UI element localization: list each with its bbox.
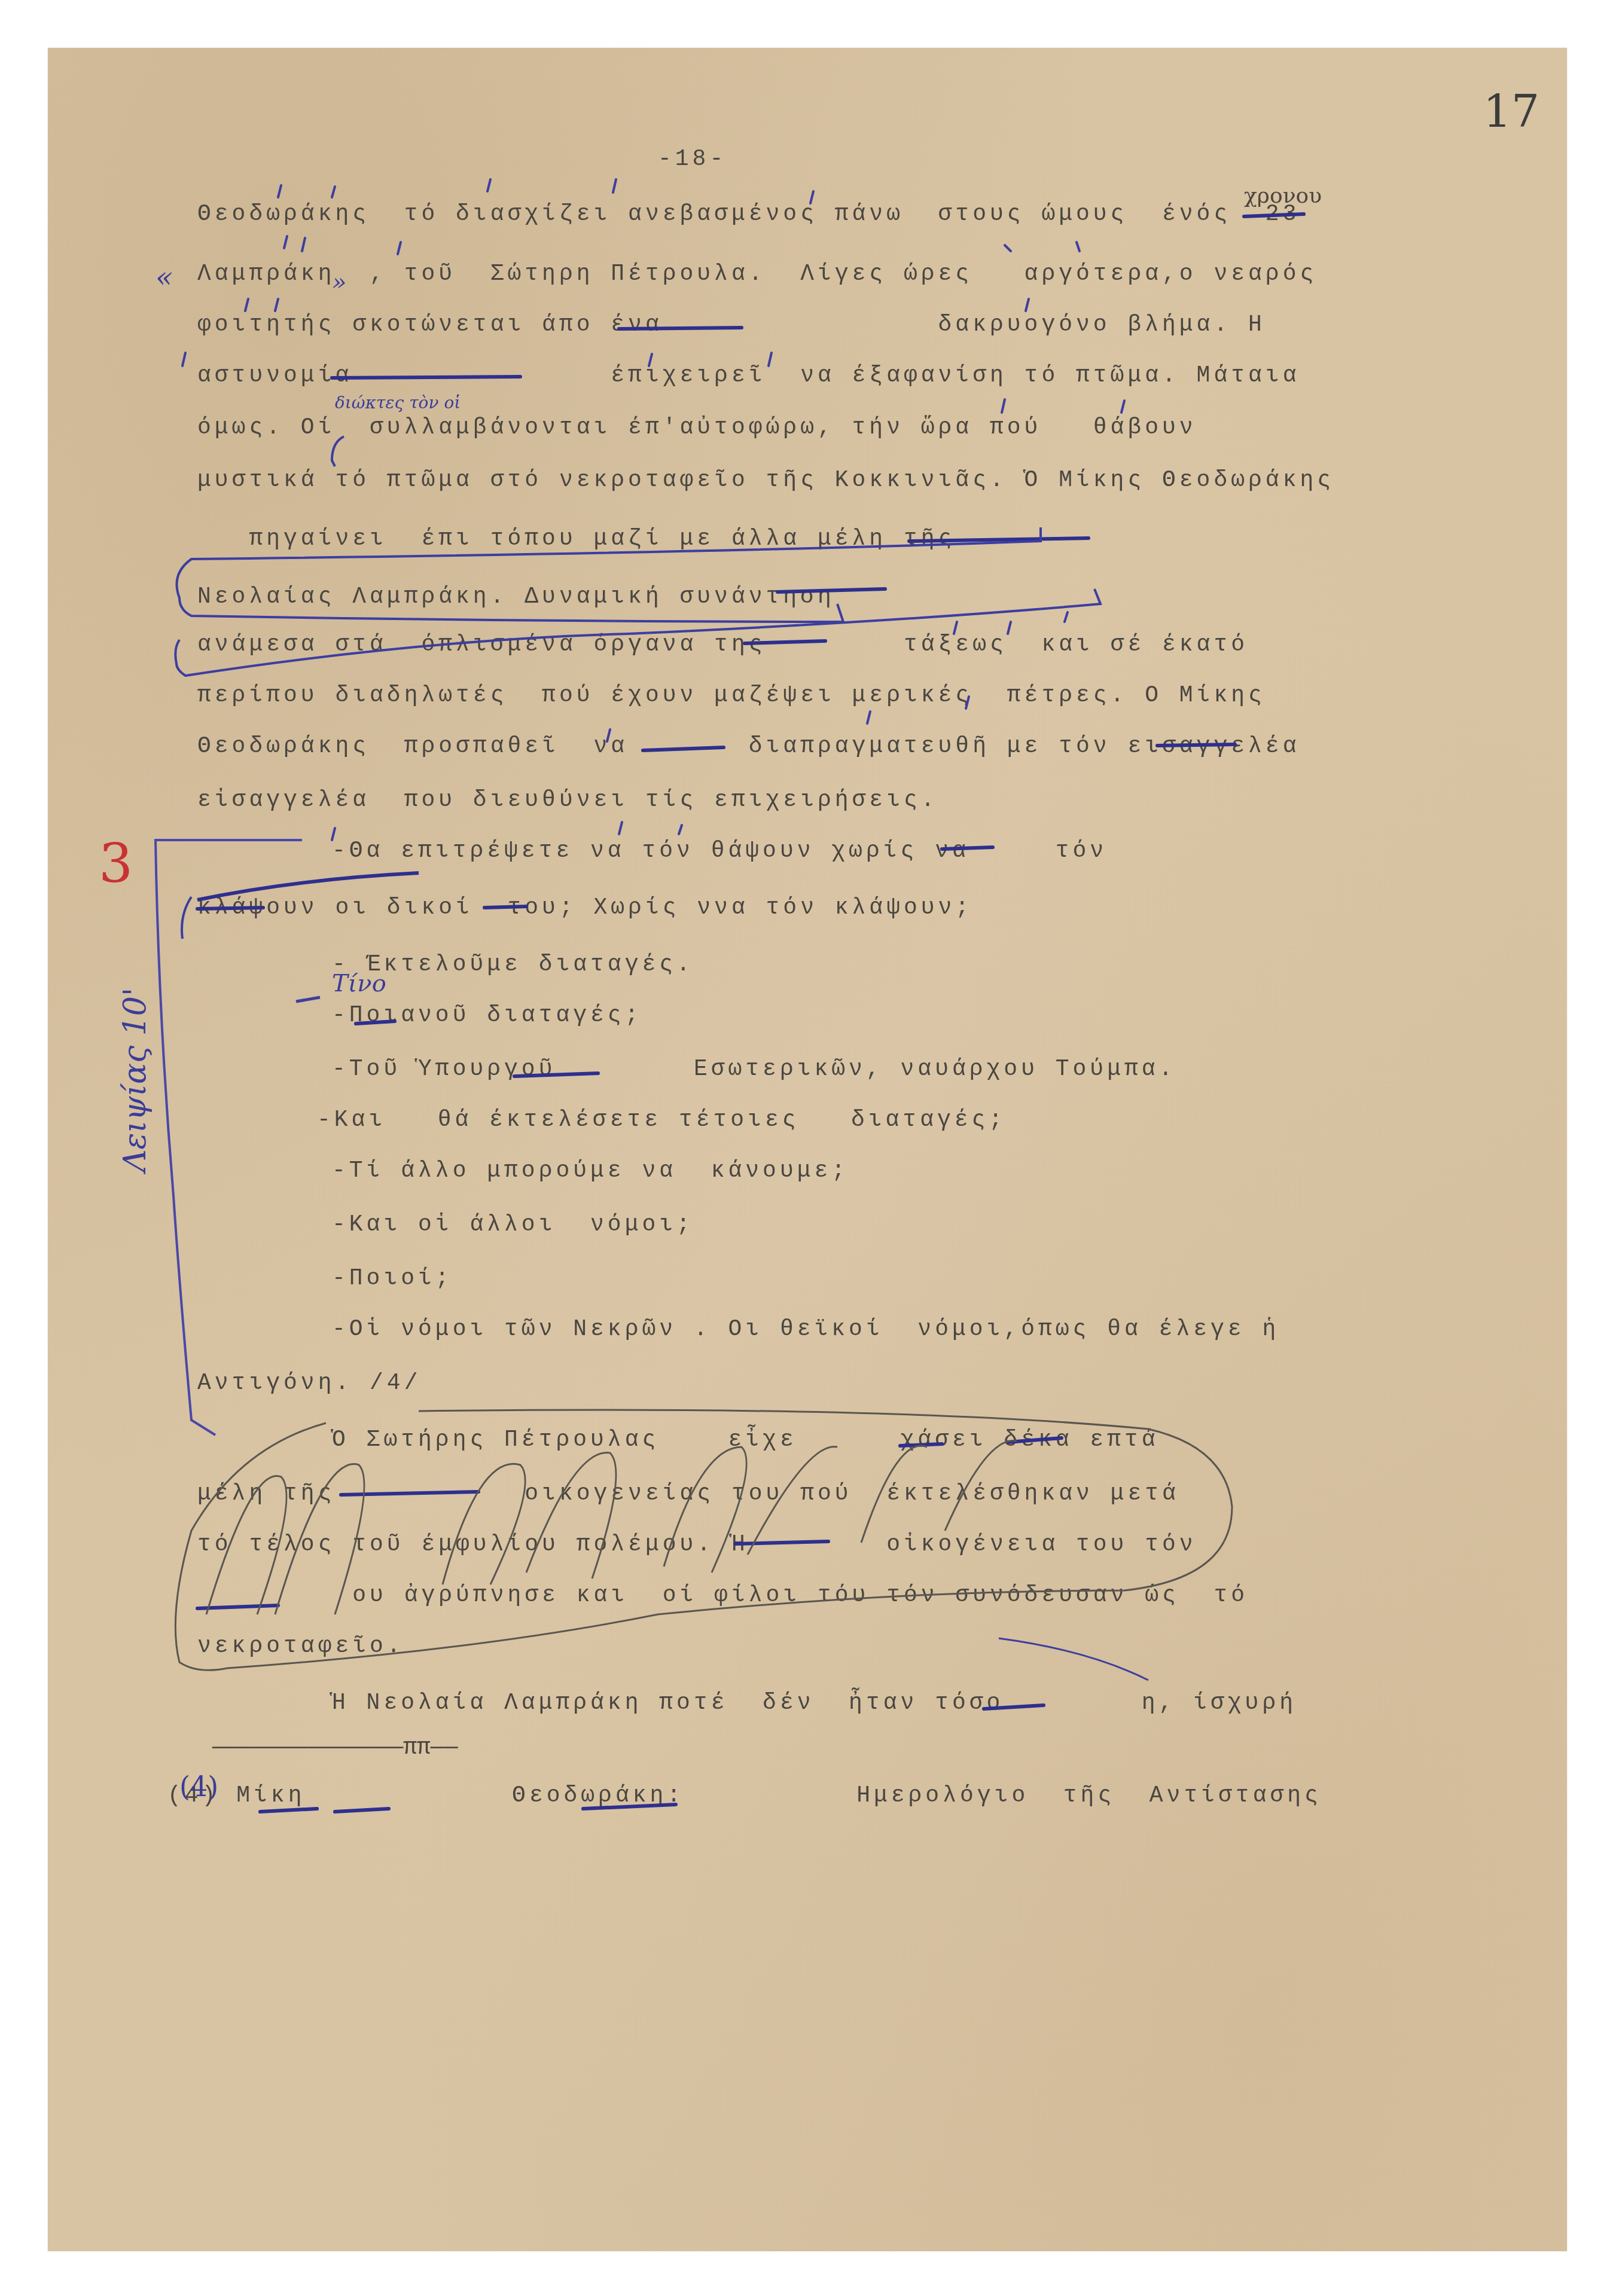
strike-aperes [341, 1492, 478, 1495]
accent-marks [182, 179, 1124, 840]
strike-pepek [942, 847, 993, 849]
strike-esoes [514, 1073, 598, 1076]
strike-spekade [777, 589, 885, 592]
strike-rakpu [1244, 214, 1304, 216]
strike-taep [745, 641, 825, 643]
pencil-cloud-outline [175, 1410, 1232, 1670]
strike-thask [260, 1809, 317, 1812]
strike-poiau [356, 1021, 395, 1024]
strike-auaep [736, 1541, 828, 1544]
strike-blima [619, 328, 742, 329]
strike-kepae [909, 538, 1088, 541]
strike-deap [643, 747, 724, 750]
strike-akeprep [332, 377, 520, 378]
strike-parskei [984, 1705, 1044, 1709]
bracket-anamesa [175, 589, 1100, 676]
pencil-loops [206, 1440, 1017, 1614]
strike-imerol [583, 1805, 676, 1809]
pen-stroke-misc [999, 1638, 1148, 1680]
pen-annotations-layer [0, 0, 1616, 2296]
bracket-dialogue [155, 840, 302, 1435]
dash-tino [296, 997, 320, 1002]
strike-theski [335, 1809, 389, 1812]
strike-klapsou [197, 908, 263, 909]
hook-klapsoun [182, 897, 191, 939]
strike-epae [1157, 744, 1235, 746]
bracket-syllamvanontai [332, 436, 344, 466]
strike-dryn-scribble [197, 873, 419, 900]
strike-tep [484, 906, 526, 908]
